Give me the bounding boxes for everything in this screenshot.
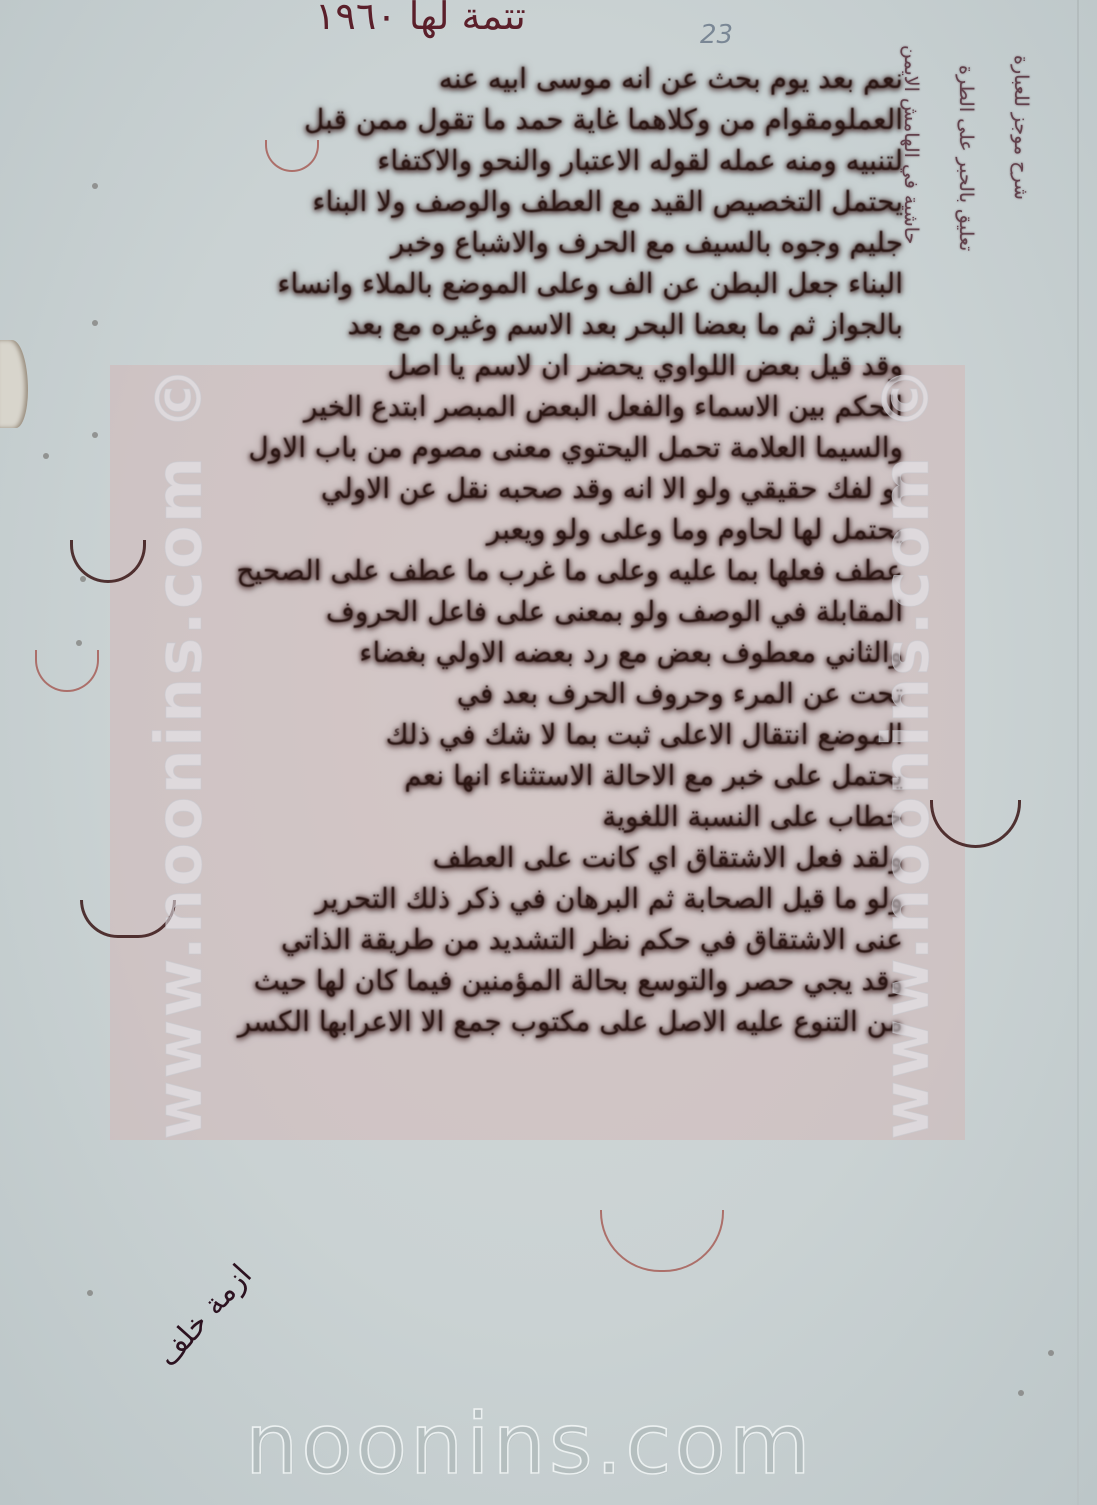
text-line (88, 1206, 903, 1247)
margin-note: حاشية في الهامش الايمن (900, 45, 922, 244)
margin-note: تعليق بالحبر على الطرة (955, 65, 977, 251)
page-edge (1077, 0, 1079, 1505)
binding-hole (92, 183, 98, 189)
binding-hole (80, 576, 86, 582)
text-line: البناء جعل البطن عن الف وعلى الموضع بالم… (88, 263, 903, 304)
watermark-right: www.noonins.com © (870, 364, 944, 1139)
text-line: لتنبيه ومنه عمله لقوله الاعتبار والنحو و… (88, 140, 903, 181)
watermark-left: www.noonins.com © (143, 364, 217, 1139)
margin-note: شرح موجز للعبارة (1010, 55, 1032, 200)
text-line: بالجواز ثم ما بعضا البحر بعد الاسم وغيره… (88, 304, 903, 345)
text-line: نعم بعد يوم بحث عن انه موسى ابيه عنه (88, 58, 903, 99)
text-line: جليم وجوه بالسيف مع الحرف والاشباع وخبر (88, 222, 903, 263)
watermark-bottom: noonins.com (245, 1395, 814, 1493)
manuscript-page: تتمة لها ١٩٦٠ 23 نعم بعد يوم بحث عن انه … (0, 0, 1097, 1505)
header-text: تتمة لها ١٩٦٠ (315, 0, 526, 38)
text-line: العملومقوام من وكلاهما غاية حمد ما تقول … (88, 99, 903, 140)
binding-hole (1048, 1350, 1054, 1356)
text-line (88, 1165, 903, 1206)
binding-hole (92, 320, 98, 326)
binding-hole (87, 1290, 93, 1296)
edge-damage (0, 340, 28, 428)
binding-hole (76, 640, 82, 646)
text-line: يحتمل التخصيص القيد مع العطف والوصف ولا … (88, 181, 903, 222)
binding-hole (1018, 1390, 1024, 1396)
folio-number: 23 (700, 20, 733, 50)
binding-hole (92, 432, 98, 438)
binding-hole (43, 453, 49, 459)
